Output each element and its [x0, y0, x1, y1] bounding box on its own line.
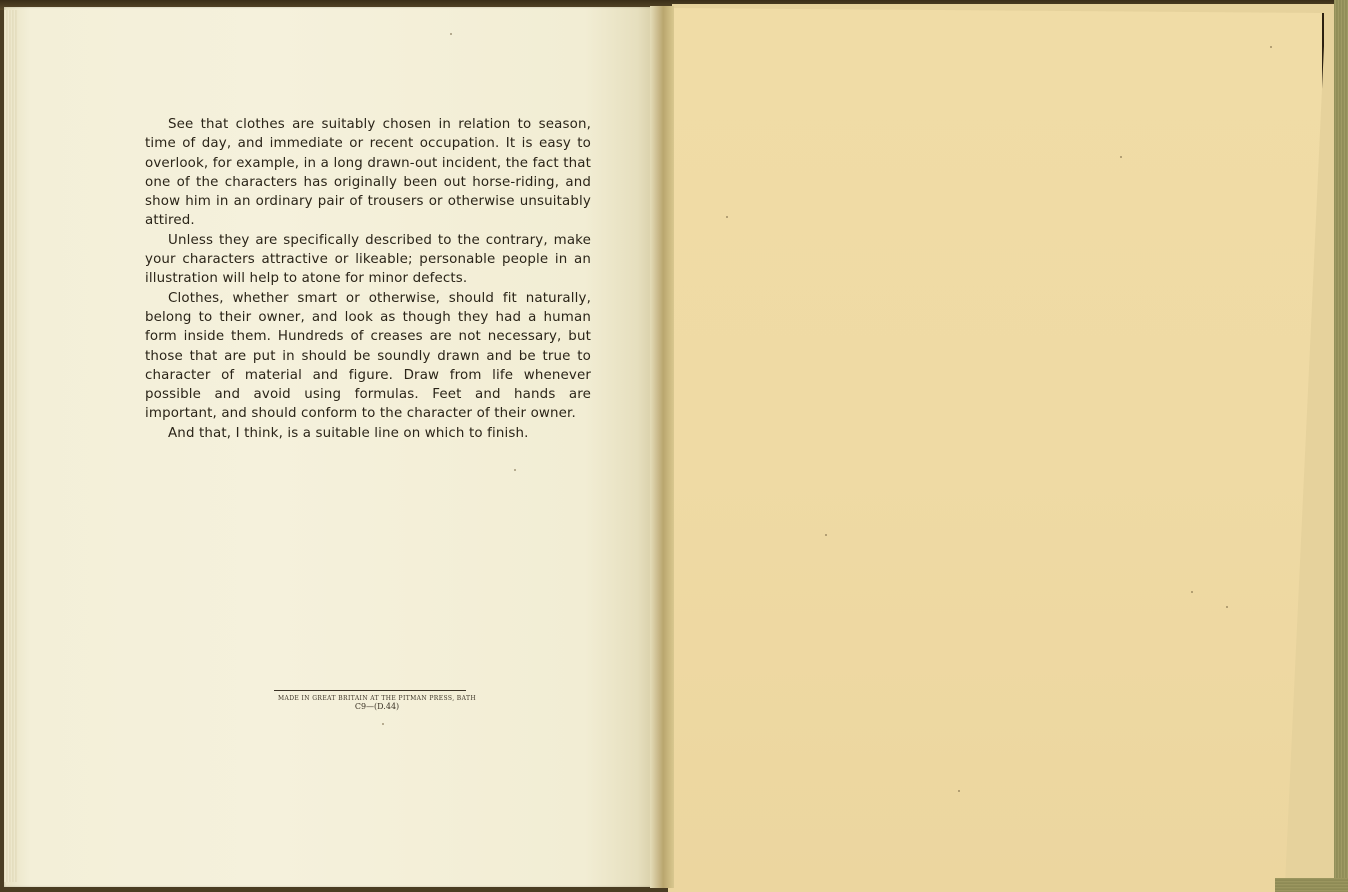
paper-speck: [1226, 606, 1228, 608]
body-text: See that clothes are suitably chosen in …: [145, 115, 591, 443]
paper-speck: [1191, 591, 1193, 593]
paper-speck: [1270, 46, 1272, 48]
imprint-code: C9—(D.44): [272, 702, 482, 711]
imprint-printer: Made in Great Britain at the Pitman Pres…: [272, 695, 482, 702]
paragraph-clothes-season: See that clothes are suitably chosen in …: [145, 115, 591, 231]
paper-speck: [382, 723, 384, 725]
paper-speck: [958, 790, 960, 792]
paper-speck: [514, 469, 516, 471]
paper-speck: [825, 534, 827, 536]
right-page: [668, 8, 1324, 892]
book-gutter: [650, 6, 674, 888]
book-cloth-corner: [1275, 878, 1348, 892]
paper-speck: [450, 33, 452, 35]
left-page: See that clothes are suitably chosen in …: [4, 7, 664, 887]
paragraph-closing-line: And that, I think, is a suitable line on…: [145, 424, 591, 443]
paper-speck: [726, 216, 728, 218]
paragraph-clothes-fit: Clothes, whether smart or otherwise, sho…: [145, 289, 591, 424]
paper-speck: [1120, 156, 1122, 158]
imprint-rule: [274, 690, 466, 691]
printer-imprint: Made in Great Britain at the Pitman Pres…: [272, 690, 482, 711]
paragraph-attractive-characters: Unless they are specifically described t…: [145, 231, 591, 289]
book-cloth-edge: [1334, 0, 1348, 892]
page-edges: [4, 10, 18, 882]
